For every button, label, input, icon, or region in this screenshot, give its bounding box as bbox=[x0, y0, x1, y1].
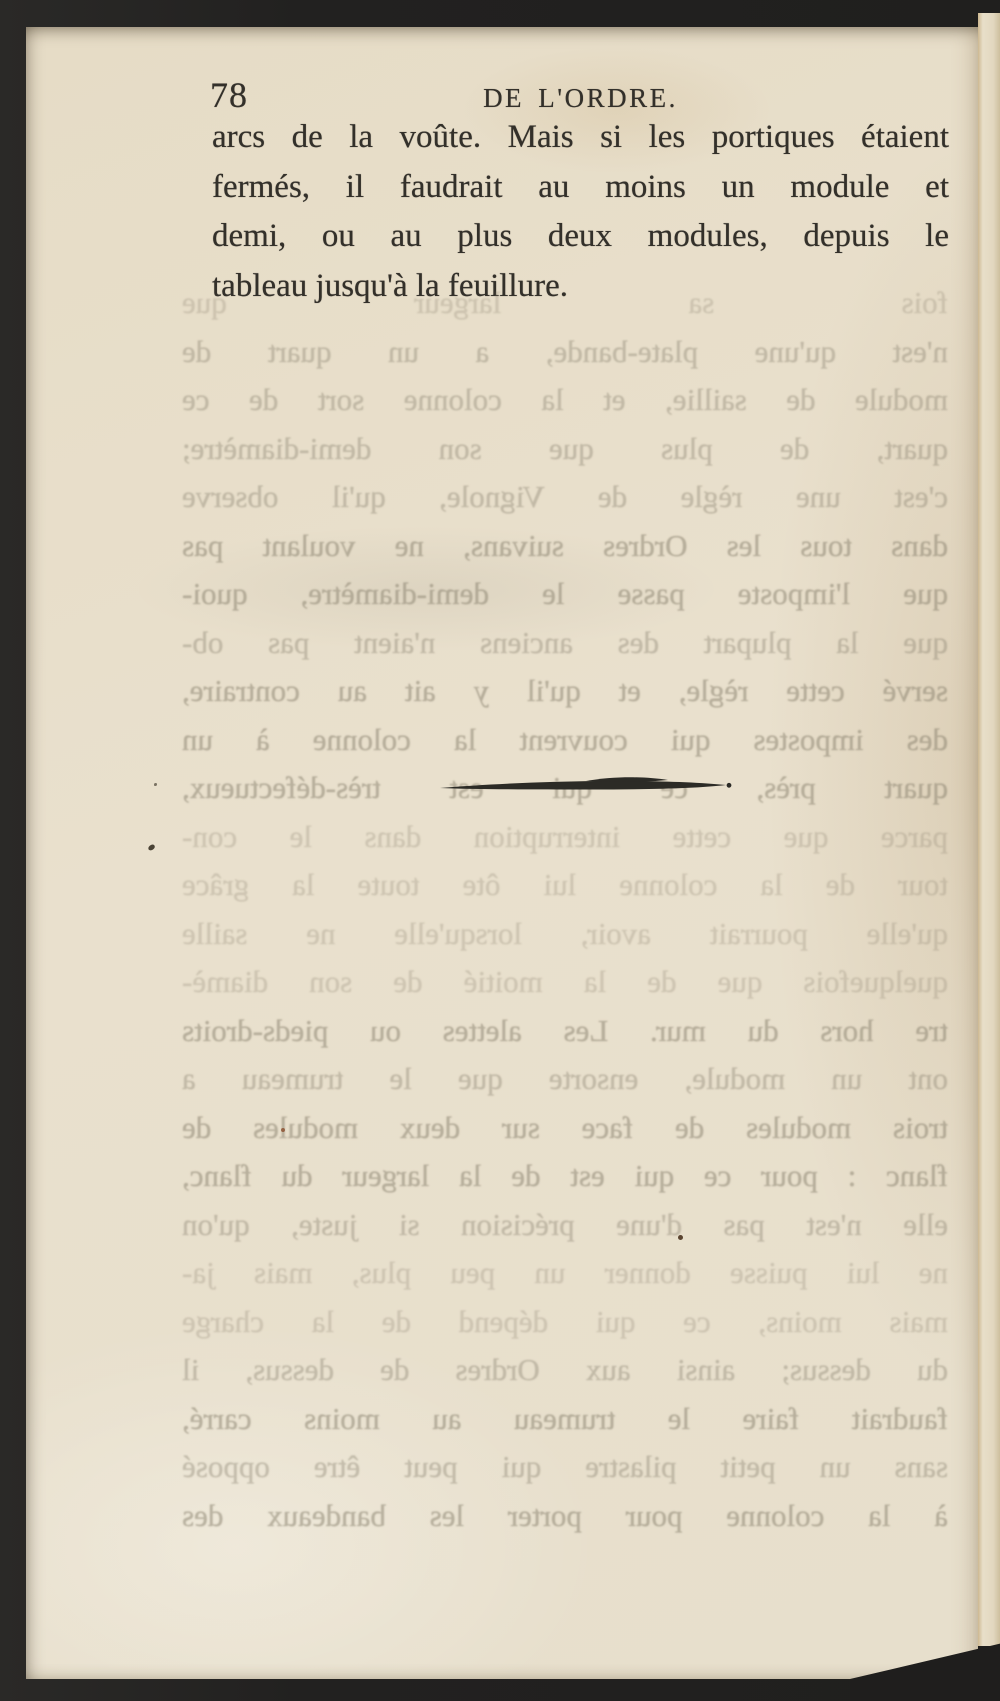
bleedthrough-line: des impostes qui couvrent la colonne à u… bbox=[182, 716, 948, 765]
bleedthrough-line: à la colonne pour porter les bandeaux de… bbox=[182, 1492, 948, 1541]
bleedthrough-line: tour de la colonne lui ôte toute la grâc… bbox=[182, 861, 948, 910]
bleedthrough-line: ne lui puisse donner un peu plus, mais j… bbox=[182, 1249, 948, 1298]
book-page: 78 DE L'ORDRE. arcs de la voûte. Mais si… bbox=[26, 27, 978, 1679]
bleedthrough-line: module de saillie, et la colonne sort de… bbox=[182, 376, 948, 425]
bleedthrough-line: ont un module, ensorte que le trumeau a bbox=[182, 1055, 948, 1104]
bleedthrough-line: dans tous les Ordres suivans, ne voulant… bbox=[182, 522, 948, 571]
ink-speck bbox=[154, 783, 157, 786]
paragraph-line: demi, ou au plus deux modules, depuis le bbox=[212, 212, 949, 262]
bleedthrough-text: fois sa largeur quen'est qu'une plate-ba… bbox=[182, 279, 948, 1540]
paragraph-line: arcs de la voûte. Mais si les portiques … bbox=[212, 113, 949, 163]
bleedthrough-line: flanc : pour ce qui est de la largeur du… bbox=[182, 1152, 948, 1201]
bleedthrough-line: que la plupart des anciens n'aient pas o… bbox=[182, 619, 948, 668]
ink-speck bbox=[678, 1235, 683, 1240]
bleedthrough-line: servé cette règle, et qu'il y ait au con… bbox=[182, 667, 948, 716]
bleedthrough-line: elle n'est pas d'une précision si juste,… bbox=[182, 1201, 948, 1250]
bleedthrough-line: du dessus; ainsi aux Ordres de dessus, i… bbox=[182, 1346, 948, 1395]
paragraph-line: fermés, il faudrait au moins un module e… bbox=[212, 163, 949, 213]
bleedthrough-line: trois modules de face sur deux modules d… bbox=[182, 1104, 948, 1153]
bleedthrough-line: tre hors du mur. Les alettes ou pieds-dr… bbox=[182, 1007, 948, 1056]
book-scan: 78 DE L'ORDRE. arcs de la voûte. Mais si… bbox=[0, 0, 1000, 1701]
ink-stroke-mark bbox=[438, 773, 734, 795]
bleedthrough-line: quelquefois que de la moitié de son diam… bbox=[182, 958, 948, 1007]
bleedthrough-line: n'est qu'une plate-bande, a un quart de bbox=[182, 328, 948, 377]
bleedthrough-line: c'est une règle de Vignole, qu'il observ… bbox=[182, 473, 948, 522]
bleedthrough-line: faudrait faire le trumeau au moins carré… bbox=[182, 1395, 948, 1444]
next-page-fore-edge bbox=[978, 13, 1000, 1646]
bleedthrough-line: quart, de plus que son demi-diamètre; bbox=[182, 425, 948, 474]
running-title: DE L'ORDRE. bbox=[212, 83, 949, 114]
bleedthrough-line: parce que cette interruption dans le con… bbox=[182, 813, 948, 862]
ink-speck bbox=[147, 844, 155, 851]
bleedthrough-line: qu'elle pourrait avoir, lorsqu'elle ne s… bbox=[182, 910, 948, 959]
bleedthrough-line: mais moins, ce qui dépend de la charge bbox=[182, 1298, 948, 1347]
bleedthrough-line: fois sa largeur que bbox=[182, 279, 948, 328]
bleedthrough-line: que l'imposte passe le demi-diamètre, qu… bbox=[182, 570, 948, 619]
bleedthrough-line: sans un petit pilastre qui peut être opp… bbox=[182, 1443, 948, 1492]
foxing-speck bbox=[281, 1128, 285, 1132]
